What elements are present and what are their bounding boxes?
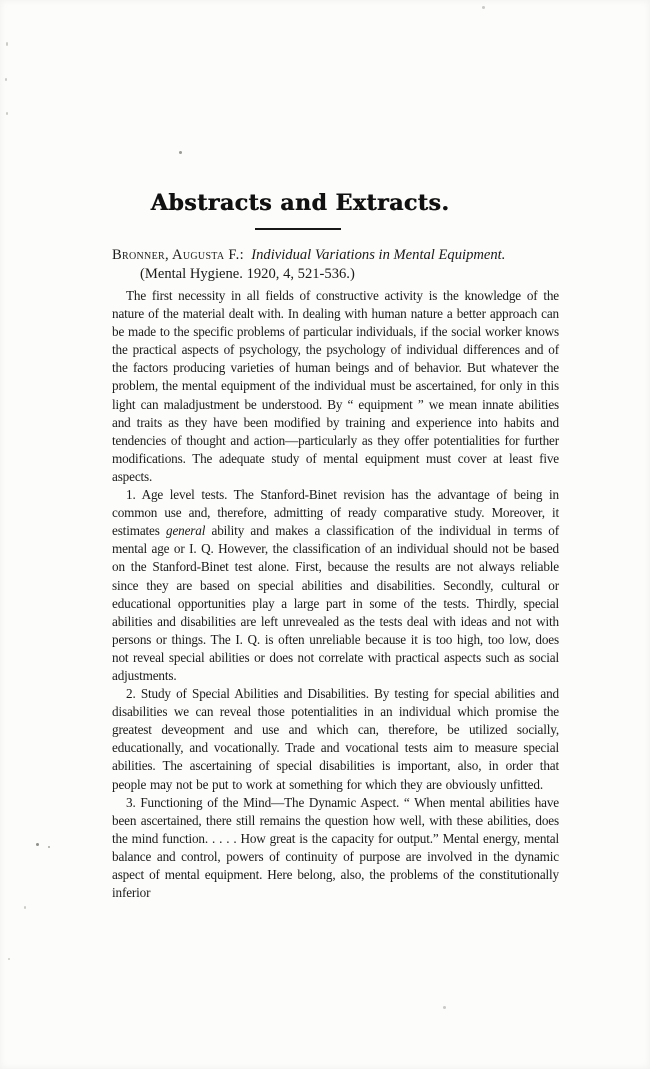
paragraph-2-text-after: ability and makes a classification of th…	[112, 523, 559, 683]
paragraph-3-text: 2. Study of Special Abilities and Disabi…	[112, 686, 559, 791]
scan-speck	[24, 906, 26, 909]
citation-author: Bronner, Augusta F.:	[112, 247, 244, 263]
scan-speck	[179, 151, 182, 154]
scan-speck	[36, 843, 39, 846]
citation: Bronner, Augusta F.: Individual Variatio…	[112, 246, 559, 284]
scan-speck	[443, 1006, 446, 1009]
paragraph-2-italic-word: general	[166, 523, 205, 538]
paragraph-4-text: 3. Functioning of the Mind—The Dynamic A…	[112, 795, 559, 900]
scan-speck	[6, 42, 8, 46]
abstract-body: The first necessity in all fields of con…	[112, 287, 559, 902]
citation-source: (Mental Hygiene. 1920, 4, 521-536.)	[112, 265, 559, 284]
scan-speck	[8, 958, 10, 960]
scan-speck	[6, 112, 8, 115]
scan-speck	[48, 846, 50, 848]
journal-page: Abstracts and Extracts. Bronner, Augusta…	[0, 0, 650, 1069]
scan-speck	[482, 6, 485, 9]
paragraph-age-level-tests: 1. Age level tests. The Stanford-Binet r…	[112, 486, 559, 685]
page-title: Abstracts and Extracts.	[0, 190, 600, 216]
paragraph-special-abilities: 2. Study of Special Abilities and Disabi…	[112, 685, 559, 794]
title-divider	[255, 228, 341, 230]
citation-work-title: Individual Variations in Mental Equipmen…	[251, 247, 505, 263]
paragraph-intro: The first necessity in all fields of con…	[112, 287, 559, 486]
paragraph-intro-text: The first necessity in all fields of con…	[112, 288, 559, 484]
scan-speck	[5, 78, 7, 81]
paragraph-functioning-mind: 3. Functioning of the Mind—The Dynamic A…	[112, 794, 559, 903]
